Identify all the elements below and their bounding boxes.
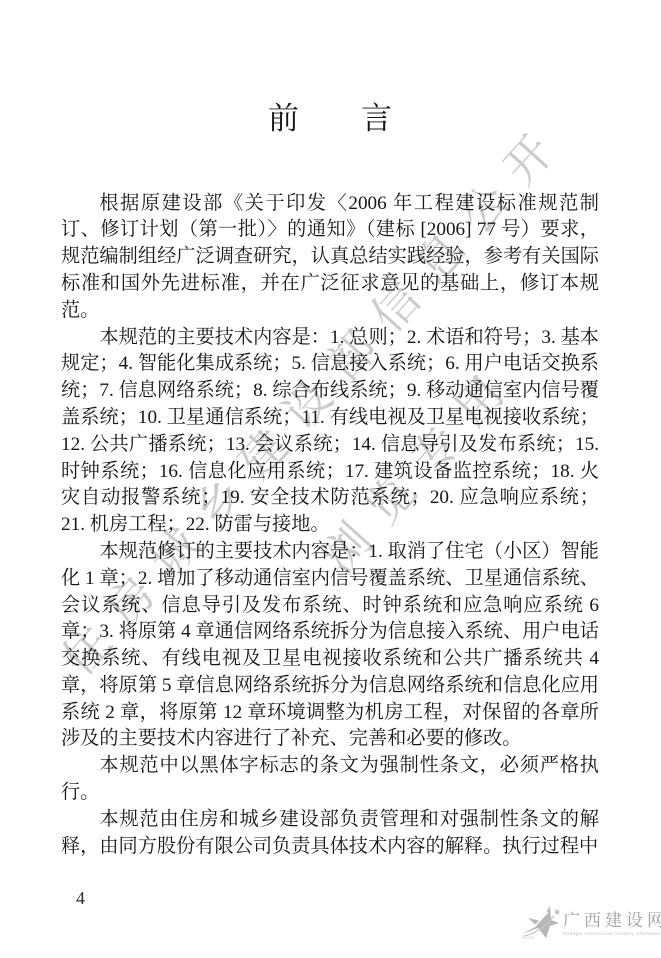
paragraph-3: 本规范修订的主要技术内容是：1. 取消了住宅（小区）智能化 1 章；2. 增加了… (61, 539, 599, 753)
site-name: 广西建设网 (563, 912, 661, 931)
logo-text: 广西建设网 Guangxi construction industry info… (563, 912, 661, 937)
page-content: 前 言 根据原建设部《关于印发〈2006 年工程建设标准规范制订、修订计划（第一… (61, 0, 599, 860)
paragraph-1: 根据原建设部《关于印发〈2006 年工程建设标准规范制订、修订计划（第一批）〉的… (61, 191, 599, 325)
star-swoosh-icon: GXCIC (521, 903, 561, 945)
page-number: 4 (76, 888, 85, 909)
paragraph-4: 本规范中以黑体字标志的条文为强制性条文，必须严格执行。 (61, 753, 599, 807)
body-text: 根据原建设部《关于印发〈2006 年工程建设标准规范制订、修订计划（第一批）〉的… (61, 191, 599, 861)
document-page: 住房城乡建设部信息公开 浏览专用 前 言 根据原建设部《关于印发〈2006 年工… (0, 0, 661, 958)
logo-caption: GXCIC (522, 935, 535, 940)
doc-title: 前 言 (61, 103, 599, 136)
paragraph-2: 本规范的主要技术内容是：1. 总则；2. 术语和符号；3. 基本规定；4. 智能… (61, 325, 599, 539)
paragraph-5: 本规范由住房和城乡建设部负责管理和对强制性条文的解释，由同方股份有限公司负责具体… (61, 807, 599, 861)
site-logo: GXCIC 广西建设网 Guangxi construction industr… (521, 903, 659, 945)
site-tagline: Guangxi construction industry informatio… (563, 931, 661, 936)
